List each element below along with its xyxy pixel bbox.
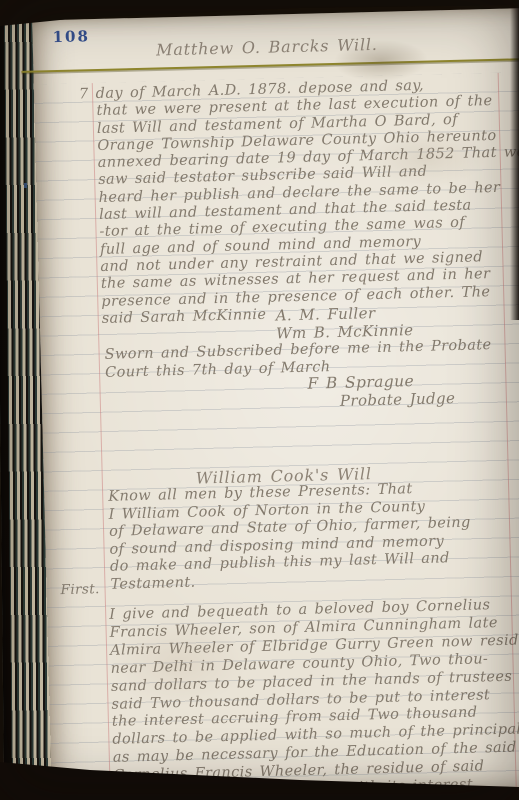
judge-title: Probate Judge [340,389,456,410]
witness-signatures: A. M. FullerWm B. McKinnie [275,304,413,342]
margin-note-first: First. [60,581,100,598]
ledger-page: 108 Matthew O. Barcks Will. 7 day of Mar… [32,8,519,800]
will-intro-paragraph: Know all men by these Presents: ThatI Wi… [108,480,472,595]
will-title-martha-barck: Matthew O. Barcks Will. [33,32,501,63]
blue-ink-speck [24,183,27,188]
record-book-photo: 108 Matthew O. Barcks Will. 7 day of Mar… [0,0,519,800]
first-bequest-paragraph: I give and bequeath to a beloved boy Cor… [109,596,519,800]
deposition-paragraph: 7 day of March A.D. 1878. depose and say… [96,75,519,328]
